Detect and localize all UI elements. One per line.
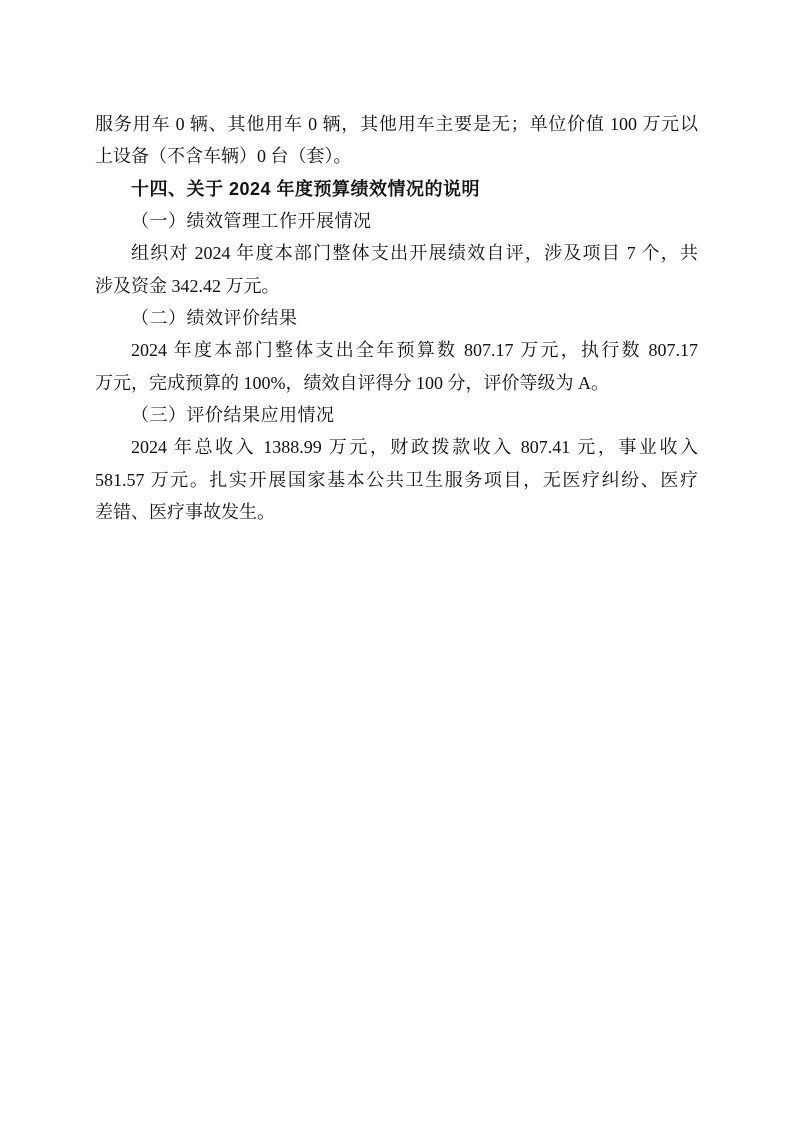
text-line: 上设备（不含车辆）0 台（套）。	[95, 140, 698, 172]
paragraph: 2024 年度本部门整体支出全年预算数 807.17 万元，执行数 807.17…	[95, 334, 698, 399]
text-line: 十四、关于 2024 年度预算绩效情况的说明	[95, 173, 698, 205]
document-content: 服务用车 0 辆、其他用车 0 辆，其他用车主要是无；单位价值 100 万元以上…	[95, 108, 698, 528]
text-line: 2024 年度本部门整体支出全年预算数 807.17 万元，执行数 807.17	[95, 334, 698, 366]
section-heading: 十四、关于 2024 年度预算绩效情况的说明	[95, 173, 698, 205]
text-line: 涉及资金 342.42 万元。	[95, 270, 698, 302]
section-heading: （三）评价结果应用情况	[95, 399, 698, 431]
text-line: 服务用车 0 辆、其他用车 0 辆，其他用车主要是无；单位价值 100 万元以	[95, 108, 698, 140]
text-line: 万元，完成预算的 100%，绩效自评得分 100 分，评价等级为 A。	[95, 367, 698, 399]
text-line: 581.57 万元。扎实开展国家基本公共卫生服务项目，无医疗纠纷、医疗	[95, 464, 698, 496]
paragraph: 服务用车 0 辆、其他用车 0 辆，其他用车主要是无；单位价值 100 万元以上…	[95, 108, 698, 173]
text-line: 组织对 2024 年度本部门整体支出开展绩效自评，涉及项目 7 个，共	[95, 237, 698, 269]
section-heading: （二）绩效评价结果	[95, 302, 698, 334]
text-line: 2024 年总收入 1388.99 万元，财政拨款收入 807.41 元，事业收…	[95, 431, 698, 463]
text-line: 差错、医疗事故发生。	[95, 496, 698, 528]
section-heading: （一）绩效管理工作开展情况	[95, 205, 698, 237]
text-line: （二）绩效评价结果	[95, 302, 698, 334]
paragraph: 组织对 2024 年度本部门整体支出开展绩效自评，涉及项目 7 个，共涉及资金 …	[95, 237, 698, 302]
text-line: （三）评价结果应用情况	[95, 399, 698, 431]
paragraph: 2024 年总收入 1388.99 万元，财政拨款收入 807.41 元，事业收…	[95, 431, 698, 528]
text-line: （一）绩效管理工作开展情况	[95, 205, 698, 237]
document-page: 服务用车 0 辆、其他用车 0 辆，其他用车主要是无；单位价值 100 万元以上…	[0, 0, 793, 1122]
